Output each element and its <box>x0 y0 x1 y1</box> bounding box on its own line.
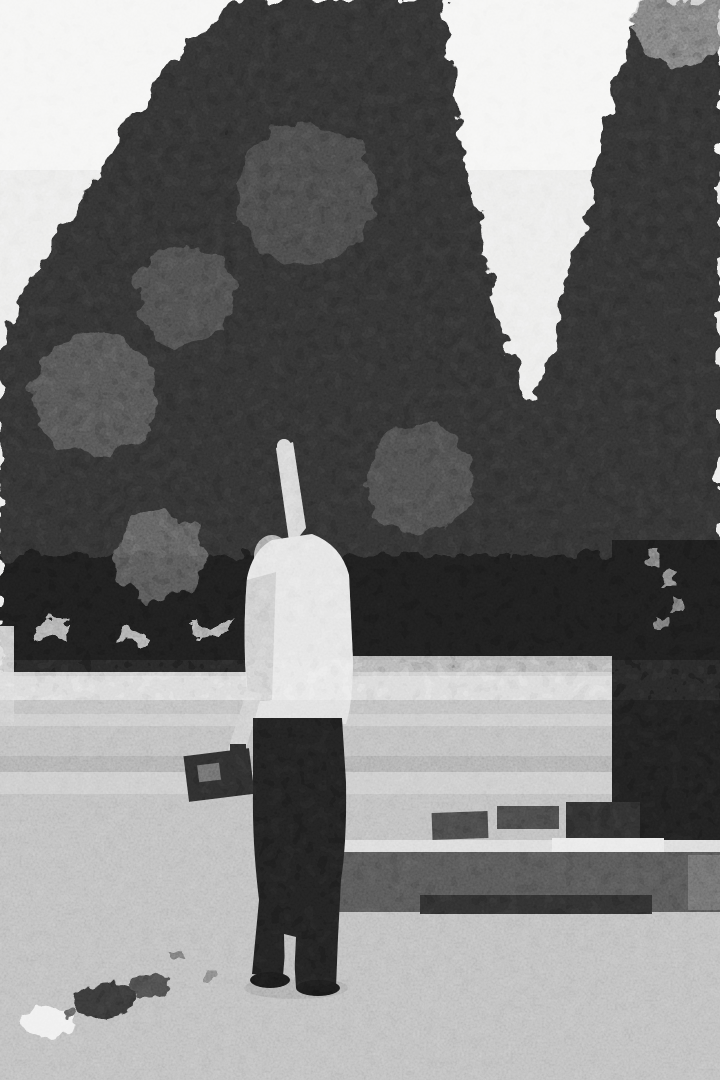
gravel-grain-overlay <box>0 660 720 1080</box>
photo-canvas <box>0 0 720 1080</box>
park-photo <box>0 0 720 1080</box>
